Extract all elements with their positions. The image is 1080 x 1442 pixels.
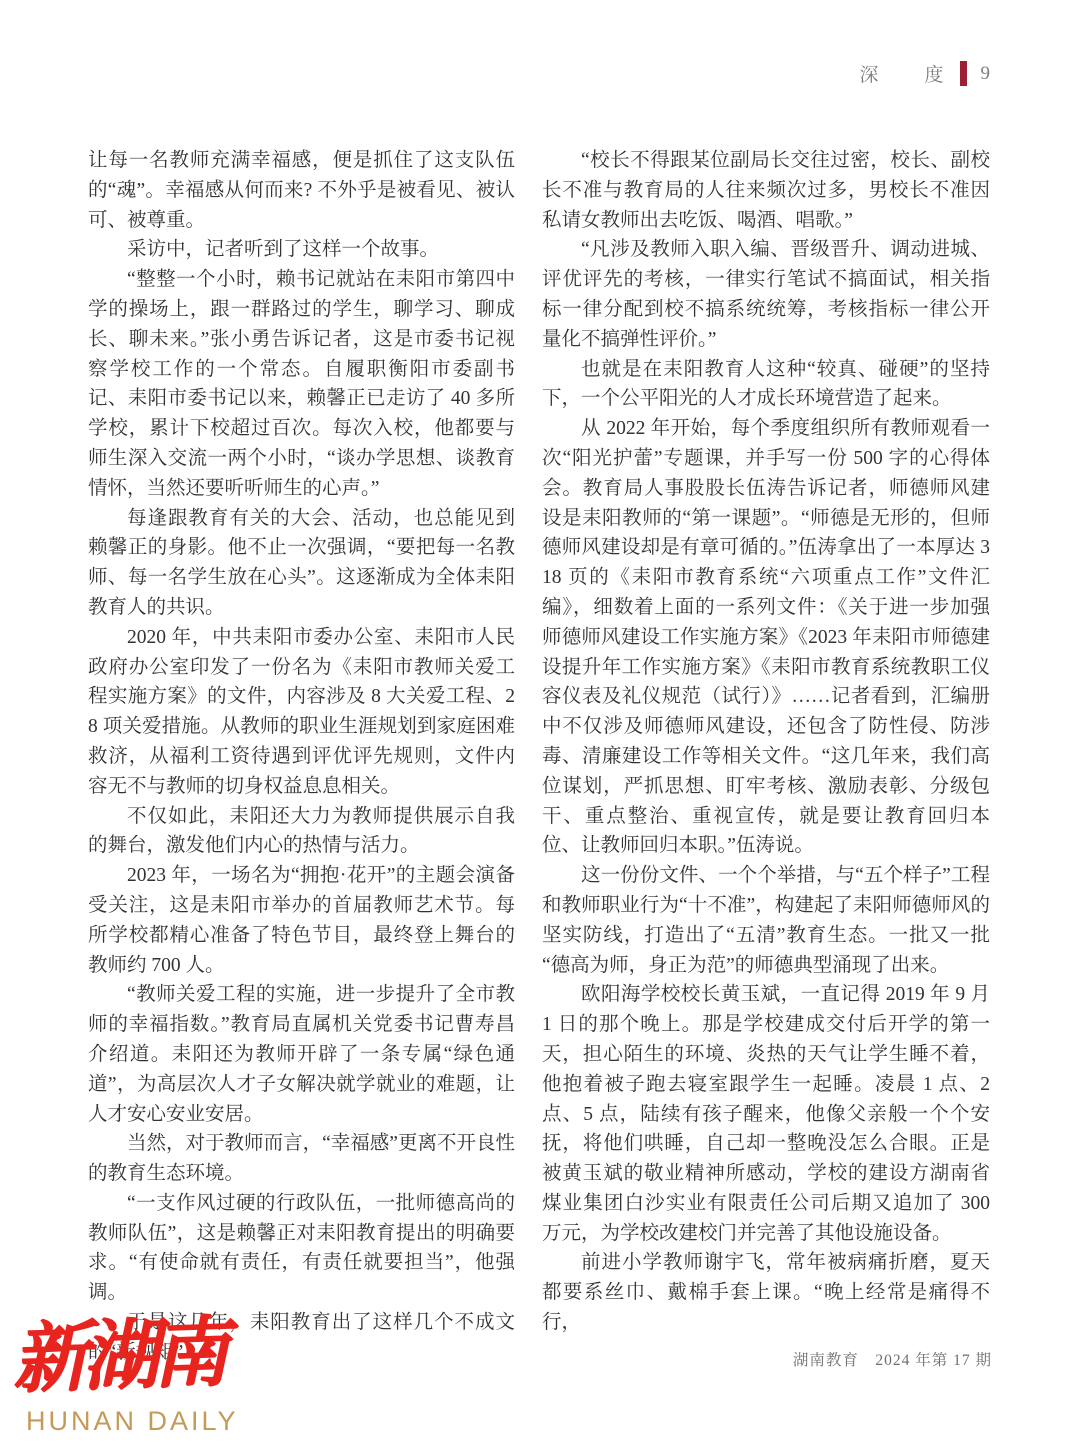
article-paragraph: 每逢跟教育有关的大会、活动，也总能见到赖馨正的身影。他不止一次强调，“要把每一名… [88, 504, 515, 623]
section-title-char-1: 深 [859, 60, 878, 87]
article-paragraph: 2020 年，中共耒阳市委办公室、耒阳市人民政府办公室印发了一份名为《耒阳市教师… [88, 623, 515, 802]
article-paragraph: 欧阳海学校校长黄玉斌，一直记得 2019 年 9 月 1 日的那个晚上。那是学校… [542, 980, 990, 1248]
section-title-char-2: 度 [924, 60, 943, 87]
article-paragraph: “教师关爱工程的实施，进一步提升了全市教师的幸福指数。”教育局直属机关党委书记曹… [88, 980, 515, 1129]
article-paragraph: 让每一名教师充满幸福感，便是抓住了这支队伍的“魂”。幸福感从何而来? 不外乎是被… [88, 146, 515, 235]
article-paragraph: 不仅如此，耒阳还大力为教师提供展示自我的舞台，激发他们内心的热情与活力。 [88, 802, 515, 862]
article-paragraph: 前进小学教师谢宇飞，常年被病痛折磨，夏天都要系丝巾、戴棉手套上课。“晚上经常是痛… [542, 1248, 990, 1337]
page-number: 9 [981, 63, 991, 85]
logo-english-wordmark: HUNAN DAILY [26, 1406, 252, 1437]
article-paragraph: “一支作风过硬的行政队伍，一批师德高尚的教师队伍”，这是赖馨正对耒阳教育提出的明… [88, 1189, 515, 1308]
article-body: 让每一名教师充满幸福感，便是抓住了这支队伍的“魂”。幸福感从何而来? 不外乎是被… [88, 146, 990, 1368]
article-paragraph: 也就是在耒阳教育人这种“较真、碰硬”的坚持下，一个公平阳光的人才成长环境营造了起… [542, 355, 990, 415]
hunan-daily-logo: 新湖南 HUNAN DAILY [12, 1308, 252, 1437]
section-divider-bar [960, 61, 967, 86]
article-paragraph: “校长不得跟某位副局长交往过密，校长、副校长不准与教育局的人往来频次过多，男校长… [542, 146, 990, 235]
article-right-column: “校长不得跟某位副局长交往过密，校长、副校长不准与教育局的人往来频次过多，男校长… [542, 146, 990, 1368]
article-paragraph: 采访中，记者听到了这样一个故事。 [88, 235, 515, 265]
article-paragraph: 2023 年，一场名为“拥抱·花开”的主题会演备受关注，这是耒阳市举办的首届教师… [88, 861, 515, 980]
logo-chinese-calligraphy: 新湖南 [10, 1304, 253, 1408]
magazine-page: 深 度 9 让每一名教师充满幸福感，便是抓住了这支队伍的“魂”。幸福感从何而来?… [0, 0, 1080, 1442]
journal-issue-info: 湖南教育 2024 年第 17 期 [793, 1348, 992, 1370]
article-left-column: 让每一名教师充满幸福感，便是抓住了这支队伍的“魂”。幸福感从何而来? 不外乎是被… [88, 146, 515, 1368]
article-paragraph: “凡涉及教师入职入编、晋级晋升、调动进城、评优评先的考核，一律实行笔试不搞面试，… [542, 235, 990, 354]
article-paragraph: 这一份份文件、一个个举措，与“五个样子”工程和教师职业行为“十不准”，构建起了耒… [542, 861, 990, 980]
article-paragraph: “整整一个小时，赖书记就站在耒阳市第四中学的操场上，跟一群路过的学生，聊学习、聊… [88, 265, 515, 503]
page-header: 深 度 9 [0, 60, 990, 87]
article-paragraph: 当然，对于教师而言，“幸福感”更离不开良性的教育生态环境。 [88, 1129, 515, 1189]
article-paragraph: 从 2022 年开始，每个季度组织所有教师观看一次“阳光护蕾”专题课，并手写一份… [542, 414, 990, 861]
